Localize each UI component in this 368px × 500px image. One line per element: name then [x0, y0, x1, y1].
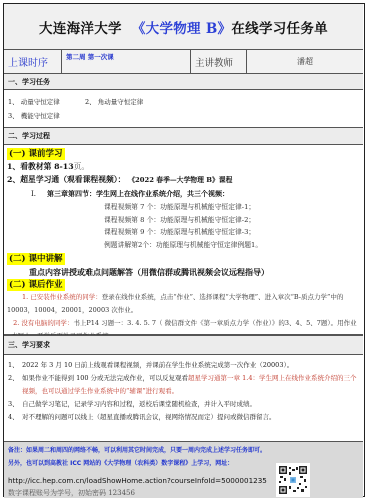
video-item: 例题讲解第2个：功能原理与机械能守恒定律例题1。	[7, 239, 360, 252]
video-item: 课程视频第 9 个：功能原理与机械能守恒定律-3；	[7, 226, 360, 239]
teacher-label: 主讲教师	[191, 50, 247, 73]
title-row: 大连海洋大学《大学物理 B》在线学习任务单	[4, 4, 363, 50]
requirement-text-plain: 如果作业不能得到 100 分或无法完成作业，可以反复观看	[22, 374, 188, 382]
session-value: 第二周 第一次课	[62, 50, 191, 73]
homework-1-label: 1. 已安装作业系统的同学：	[22, 293, 102, 301]
requirement-number: 4、	[8, 411, 22, 424]
qr-code-icon[interactable]	[276, 463, 310, 497]
in-class-text: 重点内容讲授或难点问题解答（用微信群或腾讯视频会议远程指导）	[7, 265, 360, 279]
requirement-text: 对不理解的问题可以线上（超星直播或腾讯会议，视网络情况而定）提问或微信群留言。	[22, 411, 276, 424]
video-label: 2、超星学习通（观看课程视频）：	[7, 175, 125, 184]
homework-2-label: 2. 没有电脑的同学：	[13, 319, 73, 327]
task-list: 1、 动量守恒定律 2、 角动量守恒定律 3、 機能守恒定律	[4, 90, 363, 128]
requirement-text: 如果作业不能得到 100 分或无法完成作业，可以反复观看超星学习通第一章 1.4…	[22, 372, 359, 398]
teacher-value: 潘超	[247, 50, 363, 73]
requirement-number: 2、	[8, 372, 22, 398]
chapter-line: I.第三章第四节：学生网上在线作业系统介绍，共三个视频：	[7, 187, 360, 201]
video-item: 课程视频第 8 个：功能原理与机械能守恒定律-2；	[7, 214, 360, 227]
in-class-heading: (二) 课中讲解	[7, 253, 65, 265]
pre-class-item-1: 1、看教材第 8-13页。	[7, 160, 360, 173]
after-class-heading: (二) 课后作业	[7, 279, 65, 291]
section-heading-requirements: 三、学习要求	[4, 335, 363, 355]
qr-code-graphic	[278, 465, 308, 495]
textbook-pages: 1、看教材第 8-13	[7, 162, 74, 171]
section-heading-tasks: 一、学习任务	[4, 74, 363, 90]
note-line-1: 备注：如果周二和周四的网络不畅，可以利用其它时间完成，只要一周内完成上述学习任务…	[8, 444, 359, 457]
task-item: 2、 角动量守恒定律	[85, 97, 143, 106]
requirement-item: 3、 自己做学习笔记，记录学习内容和过程，返校后课堂随机检查，并计入平时成绩。	[8, 398, 359, 411]
requirement-item: 4、 对不理解的问题可以线上（超星直播或腾讯会议，视网络情况而定）提问或微信群留…	[8, 411, 359, 424]
requirement-item: 1、 2022 年 3 月 10 日前上线观看课程视频，并课前在学生作业系统完成…	[8, 359, 359, 372]
textbook-pages-suffix: 页。	[74, 162, 90, 171]
task-item: 1、 动量守恒定律	[8, 97, 85, 106]
document-title: 大连海洋大学《大学物理 B》在线学习任务单	[39, 17, 328, 37]
video-item: 课程视频第 7 个：功能原理与机械能守恒定律-1；	[7, 201, 360, 214]
requirements-list: 1、 2022 年 3 月 10 日前上线观看课程视频，并课前在学生作业系统完成…	[4, 355, 363, 442]
title-university: 大连海洋大学	[39, 21, 122, 37]
homework-item-1: 1. 已安装作业系统的同学：登录在线作业系统，点击“作业”、选择课程“大学物理”…	[7, 291, 360, 317]
chapter-text: 第三章第四节：学生网上在线作业系统介绍，共三个视频：	[47, 189, 229, 198]
task-item: 3、 機能守恒定律	[8, 111, 60, 120]
section-heading-process: 二、学习过程	[4, 128, 363, 145]
requirement-number: 1、	[8, 359, 22, 372]
pre-class-heading: (一) 课前学习	[7, 148, 65, 160]
pre-class-item-2: 2、超星学习通（观看课程视频）： 《2022 春季—大学物理 B》课程	[7, 173, 360, 187]
title-course: 《大学物理 B》	[132, 21, 232, 37]
note-box: 备注：如果周二和周四的网络不畅，可以利用其它时间完成，只要一周内完成上述学习任务…	[4, 442, 363, 498]
session-label: 上课时序	[4, 50, 62, 73]
requirement-number: 3、	[8, 398, 22, 411]
requirement-text: 2022 年 3 月 10 日前上线观看课程视频，并课前在学生作业系统完成第一次…	[22, 359, 293, 372]
requirement-text: 自己做学习笔记，记录学习内容和过程，返校后课堂随机检查，并计入平时成绩。	[22, 398, 256, 411]
task-sheet: 大连海洋大学《大学物理 B》在线学习任务单 上课时序 第二周 第一次课 主讲教师…	[3, 3, 365, 497]
process-content: (一) 课前学习 1、看教材第 8-13页。 2、超星学习通（观看课程视频）： …	[4, 145, 363, 335]
requirement-item: 2、 如果作业不能得到 100 分或无法完成作业，可以反复观看超星学习通第一章 …	[8, 372, 359, 398]
roman-numeral: I.	[31, 188, 47, 201]
course-name: 《2022 春季—大学物理 B》课程	[128, 176, 232, 184]
title-rest: 在线学习任务单	[231, 21, 328, 37]
meta-row: 上课时序 第二周 第一次课 主讲教师 潘超	[4, 50, 363, 74]
